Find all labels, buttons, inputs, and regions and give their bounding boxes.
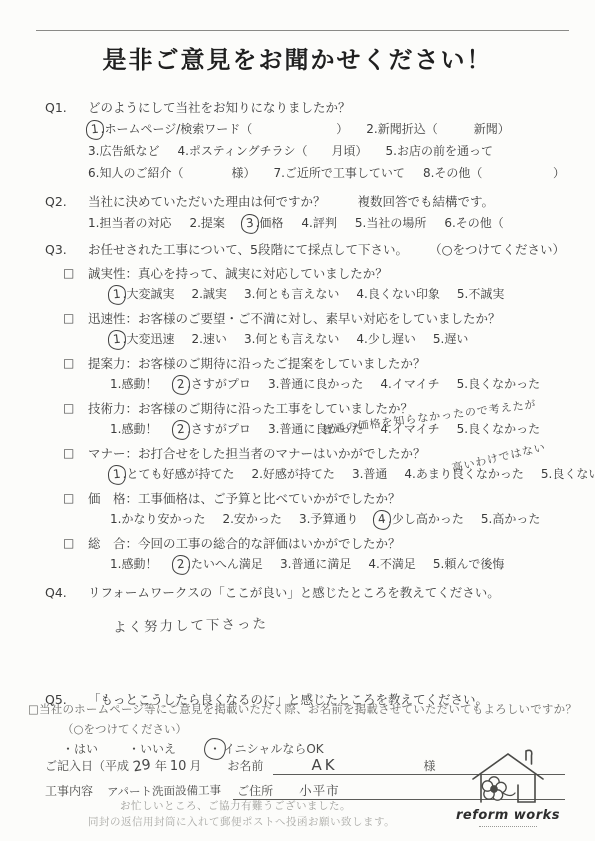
category-label: 誠実性：真心を持って、誠実に対応していましたか？ [88,266,388,281]
option-number: 4 [301,216,309,231]
option: 1.かなり安かった [110,512,205,527]
option-label: .誠実 [199,287,227,301]
option: 1.大変迅速 [110,332,174,347]
option-number: 6 [444,216,452,231]
option-number: 3 [280,557,288,572]
option-label: .広告紙など [96,144,160,158]
option: 6.知人のご紹介（ 様） [88,166,255,181]
option-number: 5 [386,144,394,159]
option: 5.良くなかった [457,422,540,437]
option-label: .速い [199,332,227,346]
category-question: ：工事価格は、ご予算と比べていかがでしたか？ [126,491,401,506]
option-number: 1 [110,422,118,437]
option-number: 2 [189,216,197,231]
option-label: .良くなかった [464,422,540,436]
month-suffix: 月 [189,757,201,774]
option-number: 4 [380,377,388,392]
option-number: 3 [268,422,276,437]
option-number: 4 [356,287,364,302]
category-name: 迅速性 [88,311,126,326]
option-label: .当社の場所 [363,216,427,230]
option-label: .さすがプロ [187,377,251,391]
category-name: 技術力 [88,401,126,416]
q3-item-proposal: □ 提案力：お客様のご期待に沿ったご提案をしていましたか？ 1.感動！ 2.さす… [45,356,565,392]
option-number: 4 [368,557,376,572]
option-label: .良くない [549,467,595,481]
q1-options-row-2: 3.広告紙など 4.ポスティングチラシ（ 月頃） 5.お店の前を通って [45,144,565,159]
option: 4.不満足 [368,557,415,572]
checkbox-icon: □ [63,446,88,461]
option: 2.さすがプロ [174,377,250,392]
option-number: 1 [88,216,96,231]
option: 1.感動！ [110,422,157,437]
option-label: .たいへん満足 [187,557,263,571]
category-label: 迅速性：お客様のご要望・ご不満に対し、素早い対応をしていましたか？ [88,311,501,326]
option-label: .大変迅速 [123,332,175,346]
page-title: 是非ご意見をお聞かせください！ [0,40,595,75]
option: 5.当社の場所 [355,216,426,231]
option: 5.良くない [541,467,595,482]
q4-handwritten-answer: よく努力して下さった [113,604,565,636]
option-label: .感動！ [118,557,158,571]
option-label: .良くなかった [464,377,540,391]
option: 4.良くない印象 [356,287,439,302]
option: 5.良くなかった [457,377,540,392]
category-name: 総 合 [88,536,126,551]
option-label: .ポスティングチラシ（ 月頃） [185,144,367,158]
option-number: 1 [110,377,118,392]
mail-instruction-text: 同封の返信用封筒に入れて郵便ポストへ投函お願い致します。 [88,814,395,829]
q2-options-row: 1.担当者の対応 2.提案 3.価格 4.評判 5.当社の場所 6.その他（ [45,216,565,231]
option-label: イニシャルならOK [223,742,324,756]
option: 1.とても好感が持てた [110,467,234,482]
option-label: .少し遅い [364,332,416,346]
option: 4.ポスティングチラシ（ 月頃） [177,144,367,159]
q3-question: お任せされた工事について、5段階にて採点して下さい。 [88,242,408,257]
q2-question: 当社に決めていただいた理由は何ですか？ [88,194,326,209]
option-label: .お店の前を通って [393,144,493,158]
option-label: .感動！ [118,422,158,436]
option-label: .その他（ [452,216,504,230]
option: 1.感動！ [110,377,157,392]
option-bullet: ・ [128,740,140,757]
option: 7.ご近所で工事していて [273,166,404,181]
closing-paren: ） [553,166,565,181]
option-label: .普通に良かった [276,377,364,391]
option: 3.何とも言えない [244,287,339,302]
option-label: .予算通り [307,512,359,526]
category-label: 価 格：工事価格は、ご予算と比べていかがでしたか？ [88,491,401,506]
option: 4.少し遅い [356,332,415,347]
checkbox-icon: □ [63,311,88,326]
option: 2.速い [191,332,226,347]
option-number: 1 [107,464,127,486]
option-number: 5 [457,287,465,302]
option: 6.その他（ [444,216,503,231]
option: 8.その他（ [423,166,482,181]
option-label: .さすがプロ [187,422,251,436]
consent-question: □当社のホームページ等にご意見を掲載いただく際、お名前を掲載させていただいてもよ… [28,701,577,717]
q1-question: どのようにして当社をお知りになりましたか？ [88,100,351,115]
option-number: 5 [481,512,489,527]
option: 5.頼んで後悔 [433,557,504,572]
checkbox-icon: □ [63,536,88,551]
category-question: ：今回の工事の総合的な評価はいかがでしたか？ [126,536,401,551]
q3-item-speed: □ 迅速性：お客様のご要望・ご不満に対し、素早い対応をしていましたか？ 1.大変… [45,311,565,347]
reform-works-logo: reform works [449,748,567,829]
option: 3.広告紙など [88,144,159,159]
option-label: .良くない印象 [364,287,440,301]
category-label: マナー：お打合せをした担当者のマナーはいかがでしたか？ [88,446,426,461]
option: 1.大変誠実 [110,287,174,302]
option: 2.さすがプロ [174,422,250,437]
option-label: はい [74,742,98,756]
category-name: 誠実性 [88,266,126,281]
option-label: .普通 [360,467,388,481]
option-label: .新聞折込（ 新聞） [374,122,510,136]
category-question: ：お客様のご期待に沿った工事をしていましたか？ [126,401,414,416]
option-number: 3 [268,377,276,392]
option-number: 5 [541,467,549,482]
option-number: 2 [366,122,374,137]
option-number: 3 [244,287,252,302]
thanks-text: お忙しいところ、ご協力有難うございました。 [120,798,351,813]
option-number: 3 [244,332,252,347]
option: 2.提案 [189,216,224,231]
scan-edge-line [36,30,569,31]
option-label: .担当者の対応 [96,216,172,230]
option: 3.予算通り [299,512,358,527]
q3-note: （○をつけてください） [429,242,565,257]
option-label: .その他（ [431,166,483,180]
address-label: ご住所 [237,782,273,799]
option: 2.新聞折込（ 新聞） [366,122,509,137]
q1-id: Q1. [45,100,88,115]
option: 4.イマイチ [380,377,439,392]
option-number: 7 [273,166,281,181]
option-number: 2 [191,287,199,302]
checkbox-icon: □ [63,356,88,371]
q3-item-sincerity: □ 誠実性：真心を持って、誠実に対応していましたか？ 1.大変誠実 2.誠実 3… [45,266,565,302]
category-question: ：お客様のご期待に沿ったご提案をしていましたか？ [126,356,426,371]
option-label: .少し高かった [388,512,464,526]
option: 2.たいへん満足 [174,557,262,572]
option-number: 2 [251,467,259,482]
handwritten-year: 29 [132,757,152,776]
option-label: .ホームページ/検索ワード（ ） [101,122,349,136]
option-label: .感動！ [118,377,158,391]
option: 4.評判 [301,216,336,231]
option-number: 3 [352,467,360,482]
checkbox-icon: □ [63,401,88,416]
year-suffix: 年 [155,757,167,774]
option-number: 3 [299,512,307,527]
option-label: .高かった [489,512,541,526]
option-number: 1 [107,329,127,351]
option-label: .かなり安かった [118,512,206,526]
house-icon [463,748,553,806]
work-label: 工事内容 [45,782,93,799]
q1-options-row-1: 1.ホームページ/検索ワード（ ） 2.新聞折込（ 新聞） [45,122,565,137]
option-label: .遅い [441,332,469,346]
option-number: 5 [355,216,363,231]
option-number: 2 [171,419,191,441]
option: ・いいえ [128,740,176,757]
q4-question: リフォームワークスの「ここが良い」と感じたところを教えてください。 [88,585,500,600]
flower-icon [482,777,506,800]
option-label: .評判 [309,216,337,230]
option-bullet: ・ [62,740,74,757]
option-label: .安かった [230,512,282,526]
option-label: .イマイチ [388,377,440,391]
option-number: 1 [85,119,105,141]
option: 5.遅い [433,332,468,347]
option: 3.普通 [352,467,387,482]
option: ・はい [62,740,98,757]
option-number: 2 [222,512,230,527]
option: 4.少し高かった [375,512,463,527]
option-label: .何とも言えない [252,287,340,301]
q1-block: Q1. どのようにして当社をお知りになりましたか？ 1.ホームページ/検索ワード… [45,100,565,181]
option: 1.感動！ [110,557,157,572]
option: 1.ホームページ/検索ワード（ ） [88,122,348,137]
option: 2.好感が持てた [251,467,334,482]
q4-block: Q4. リフォームワークスの「ここが良い」と感じたところを教えてください。 よく… [45,585,565,636]
option-number: 4 [177,144,185,159]
consent-options: ・はい ・いいえ ・イニシャルならOK [62,740,324,757]
option: 5.高かった [481,512,540,527]
option-number: 5 [433,332,441,347]
checkbox-icon: □ [63,491,88,506]
option: 3.何とも言えない [244,332,339,347]
name-suffix: 様 [424,757,436,774]
option-number: 5 [433,557,441,572]
option-label: .普通に満足 [288,557,352,571]
option: 5.お店の前を通って [386,144,493,159]
logo-text: reform works [449,808,567,823]
option: ・イニシャルならOK [206,740,324,757]
option-label: .不満足 [376,557,416,571]
option: 3.普通に満足 [280,557,351,572]
option-label: .ご近所で工事していて [281,166,405,180]
option-label: .好感が持てた [259,467,335,481]
option-label: .大変誠実 [123,287,175,301]
option-number: 4 [372,509,392,531]
scanned-survey-page: 是非ご意見をお聞かせください！ Q1. どのようにして当社をお知りになりましたか… [0,0,595,841]
option-label: いいえ [140,742,176,756]
q3-item-price: □ 価 格：工事価格は、ご予算と比べていかがでしたか？ 1.かなり安かった 2.… [45,491,565,527]
name-label: お名前 [227,757,263,774]
option-label: .頼んで後悔 [441,557,505,571]
q1-options-row-3: 6.知人のご紹介（ 様） 7.ご近所で工事していて 8.その他（ ） [45,166,565,181]
category-question: ：真心を持って、誠実に対応していましたか？ [126,266,388,281]
q3-item-overall: □ 総 合：今回の工事の総合的な評価はいかがでしたか？ 1.感動！ 2.たいへん… [45,536,565,572]
option-number: 2 [171,374,191,396]
consent-instruction: （○をつけてください） [62,721,187,737]
option: 5.不誠実 [457,287,504,302]
option-label: .何とも言えない [252,332,340,346]
category-name: マナー [88,446,126,461]
category-question: ：お打合せをした担当者のマナーはいかがでしたか？ [126,446,426,461]
option-number: 3 [240,213,260,235]
handwritten-month: 10 [170,759,187,774]
option: 2.安かった [222,512,281,527]
option-number: 2 [171,554,191,576]
option-label: .とても好感が持てた [123,467,235,481]
option-number: 3 [88,144,96,159]
handwritten-name: AK [311,756,337,774]
option-label: .知人のご紹介（ 様） [96,166,256,180]
option-label: .価格 [256,216,284,230]
option-number: 2 [191,332,199,347]
q2-id: Q2. [45,194,88,209]
option: 2.誠実 [191,287,226,302]
category-question: ：お客様のご要望・ご不満に対し、素早い対応をしていましたか？ [126,311,501,326]
option-number: 1 [110,557,118,572]
category-label: 総 合：今回の工事の総合的な評価はいかがでしたか？ [88,536,401,551]
category-name: 提案力 [88,356,126,371]
category-name: 価 格 [88,491,126,506]
q4-id: Q4. [45,585,88,600]
option: 1.担当者の対応 [88,216,171,231]
option-number: 1 [110,512,118,527]
option-number: 1 [107,284,127,306]
category-label: 技術力：お客様のご期待に沿った工事をしていましたか？ [88,401,413,416]
q2-note: 複数回答でも結構です。 [358,194,495,209]
option-number: 6 [88,166,96,181]
q2-block: Q2. 当社に決めていただいた理由は何ですか？ 複数回答でも結構です。 1.担当… [45,194,565,231]
logo-tagline [479,826,537,829]
option-label: .不誠実 [465,287,505,301]
date-label: ご記入日（平成 [45,757,129,774]
option-number: 4 [404,467,412,482]
option: 3.価格 [243,216,283,231]
option: 3.普通に良かった [268,377,363,392]
option-number: 4 [356,332,364,347]
option-number: 8 [423,166,431,181]
checkbox-icon: □ [63,266,88,281]
handwritten-address: 小平市 [299,781,340,799]
category-label: 提案力：お客様のご期待に沿ったご提案をしていましたか？ [88,356,426,371]
q3-id: Q3. [45,242,88,257]
option-label: .提案 [197,216,225,230]
